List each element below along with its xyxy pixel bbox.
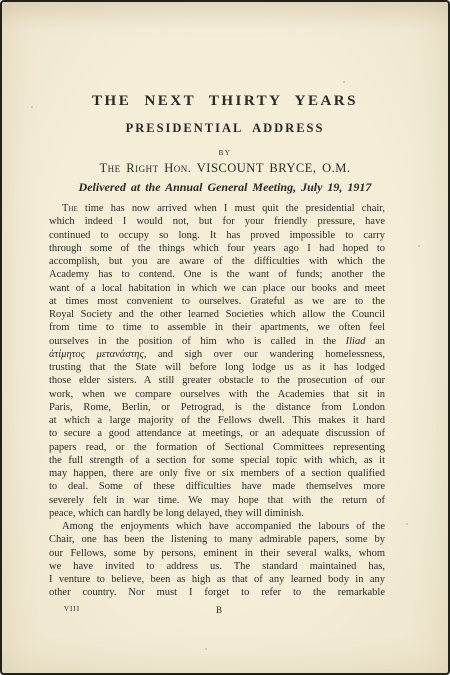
body-line: want of a local habitation in which we c… — [49, 282, 385, 295]
paper-speck — [418, 245, 420, 247]
author-honorific: The Right Hon. — [99, 161, 191, 175]
body-line: from time to time to assemble in their a… — [49, 321, 385, 334]
body-line: work, when we compare ourselves with the… — [49, 388, 385, 401]
body-line: accomplish, but you are aware of the dif… — [49, 255, 385, 268]
body-line: may happen, there are only five or six m… — [49, 467, 385, 480]
body-line: the full strength of a section for some … — [49, 454, 385, 467]
body-line: Among the enjoyments which have accompan… — [49, 520, 385, 533]
body-line: Chair, one has been the listening to man… — [49, 533, 385, 546]
body-line: other country. Nor must I forget to refe… — [49, 586, 385, 599]
body-line: I venture to believe, been as high as th… — [49, 573, 385, 586]
body-text: The time has now arrived when I must qui… — [49, 202, 385, 600]
paper-speck — [406, 523, 408, 525]
body-line: peace, which can hardly be long delayed,… — [49, 507, 385, 520]
body-line: Royal Society and the other learned Soci… — [49, 308, 385, 321]
body-line: severely felt in war time. We may hope t… — [49, 494, 385, 507]
author-line: The Right Hon. VISCOUNT BRYCE, O.M. — [2, 161, 448, 176]
body-line: those elder sisters. A still greater obs… — [49, 374, 385, 387]
dateline: Delivered at the Annual General Meeting,… — [2, 180, 448, 195]
body-line: through some of the things which four ye… — [49, 242, 385, 255]
footer-signature-mark: B — [216, 605, 222, 615]
author-name: VISCOUNT BRYCE, O.M. — [197, 161, 351, 175]
body-line: to deal. Some of these difficulties have… — [49, 480, 385, 493]
body-line: Academy has to contend. One is the want … — [49, 268, 385, 281]
page-title: THE NEXT THIRTY YEARS — [2, 93, 448, 110]
body-line: at times most convenient to ourselves. G… — [49, 295, 385, 308]
byline: BY — [2, 148, 448, 158]
body-line: at which a large majority of the Fellows… — [49, 414, 385, 427]
paper-speck — [205, 648, 207, 650]
body-line: to secure a good attendance at meetings,… — [49, 427, 385, 440]
body-line: we have invited to address us. The stand… — [49, 560, 385, 573]
paper-speck — [343, 81, 345, 83]
body-line: ἀτίμητος μετανάστης, and sigh over our w… — [49, 348, 385, 361]
body-line: continued to occupy so long. It has prov… — [49, 229, 385, 242]
body-line: Paris, Rome, Berlin, or Petrograd, is th… — [49, 401, 385, 414]
page-subtitle: PRESIDENTIAL ADDRESS — [2, 121, 448, 136]
body-line: which indeed I would not, but for your f… — [49, 215, 385, 228]
body-line: our Fellows, some by persons, eminent in… — [49, 547, 385, 560]
book-page: THE NEXT THIRTY YEARS PRESIDENTIAL ADDRE… — [0, 0, 450, 675]
body-line: ourselves in the position of him who is … — [49, 335, 385, 348]
body-line: trusting that the State will before long… — [49, 361, 385, 374]
body-line: The time has now arrived when I must qui… — [49, 202, 385, 215]
footer-page-number: VIII — [64, 604, 80, 614]
body-line: papers read, or the formation of Section… — [49, 441, 385, 454]
